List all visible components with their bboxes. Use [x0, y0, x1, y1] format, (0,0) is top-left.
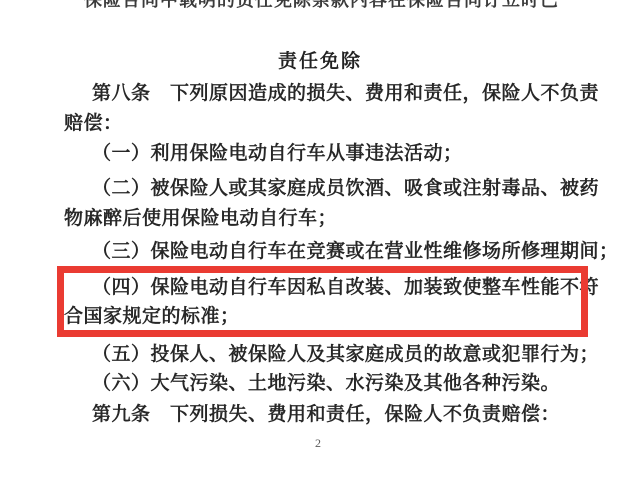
article-8-intro-line-2: 赔偿：	[64, 113, 604, 134]
clause-3-line: （三）保险电动自行车在竞赛或在营业性维修场所修理期间；	[64, 241, 632, 262]
clause-2-line-1: （二）被保险人或其家庭成员饮酒、吸食或注射毒品、被药	[64, 178, 632, 199]
top-clipped-text: 保险合同中载明的责任免除条款内容在保险合同订立时已向投保人作出明确说明提示	[84, 0, 560, 8]
clause-6-line: （六）大气污染、土地污染、水污染及其他各种污染。	[64, 373, 632, 394]
clause-1-line: （一）利用保险电动自行车从事违法活动；	[64, 143, 632, 164]
clause-4-line-1: （四）保险电动自行车因私自改装、加装致使整车性能不符	[64, 277, 632, 298]
article-9-line: 第九条 下列损失、费用和责任，保险人不负责赔偿：	[64, 404, 632, 425]
clause-2-line-2: 物麻醉后使用保险电动自行车；	[64, 208, 604, 229]
page-number: 2	[0, 436, 637, 451]
clause-5-line: （五）投保人、被保险人及其家庭成员的故意或犯罪行为；	[64, 344, 632, 365]
document-page: 保险合同中载明的责任免除条款内容在保险合同订立时已向投保人作出明确说明提示 责任…	[0, 0, 640, 500]
article-8-intro-line-1: 第八条 下列原因造成的损失、费用和责任，保险人不负责	[64, 83, 632, 104]
clause-4-line-2: 合国家规定的标准；	[64, 306, 604, 327]
top-clipped-text-line: 保险合同中载明的责任免除条款内容在保险合同订立时已向投保人作出明确说明提示	[84, 0, 560, 8]
section-heading: 责任免除	[0, 46, 640, 73]
